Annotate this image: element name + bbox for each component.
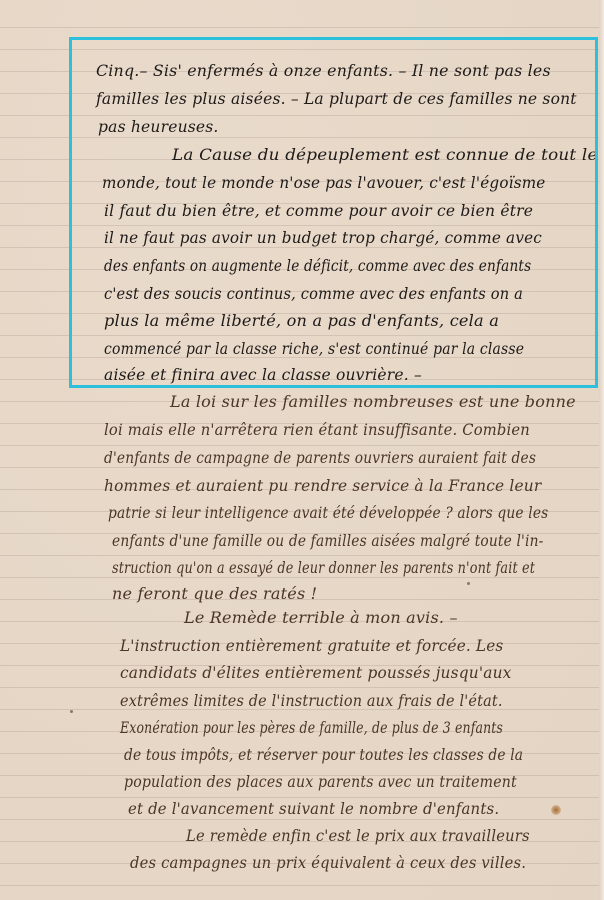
body-line: d'enfants de campagne de parents ouvrier… xyxy=(104,448,536,467)
paper-speck xyxy=(70,710,73,713)
body-line: extrêmes limites de l'instruction aux fr… xyxy=(120,691,503,710)
paper-speck xyxy=(467,582,470,585)
body-line: candidats d'élites entièrement poussés j… xyxy=(120,663,512,682)
body-line: struction qu'on a essayé de leur donner … xyxy=(112,558,535,577)
body-line: Exonération pour les pères de famille, d… xyxy=(120,718,503,737)
body-line: hommes et auraient pu rendre service à l… xyxy=(104,476,541,495)
body-line: Le remède enfin c'est le prix aux travai… xyxy=(186,826,530,845)
page-edge xyxy=(599,0,604,900)
body-line: des campagnes un prix équivalent à ceux … xyxy=(130,853,526,872)
body-line: Le Remède terrible à mon avis. – xyxy=(184,608,458,627)
ink-stain xyxy=(551,805,561,815)
body-line: L'instruction entièrement gratuite et fo… xyxy=(120,636,503,655)
body-line: de tous impôts, et réserver pour toutes … xyxy=(124,745,523,764)
body-line: La loi sur les familles nombreuses est u… xyxy=(170,392,576,411)
body-line: et de l'avancement suivant le nombre d'e… xyxy=(128,799,499,818)
body-line: patrie si leur intelligence avait été dé… xyxy=(108,503,548,522)
body-line: loi mais elle n'arrêtera rien étant insu… xyxy=(104,420,530,439)
body-line: ne feront que des ratés ! xyxy=(112,584,317,603)
body-line: enfants d'une famille ou de familles ais… xyxy=(112,531,543,550)
body-line: population des places aux parents avec u… xyxy=(124,772,517,791)
highlight-box xyxy=(69,37,598,388)
